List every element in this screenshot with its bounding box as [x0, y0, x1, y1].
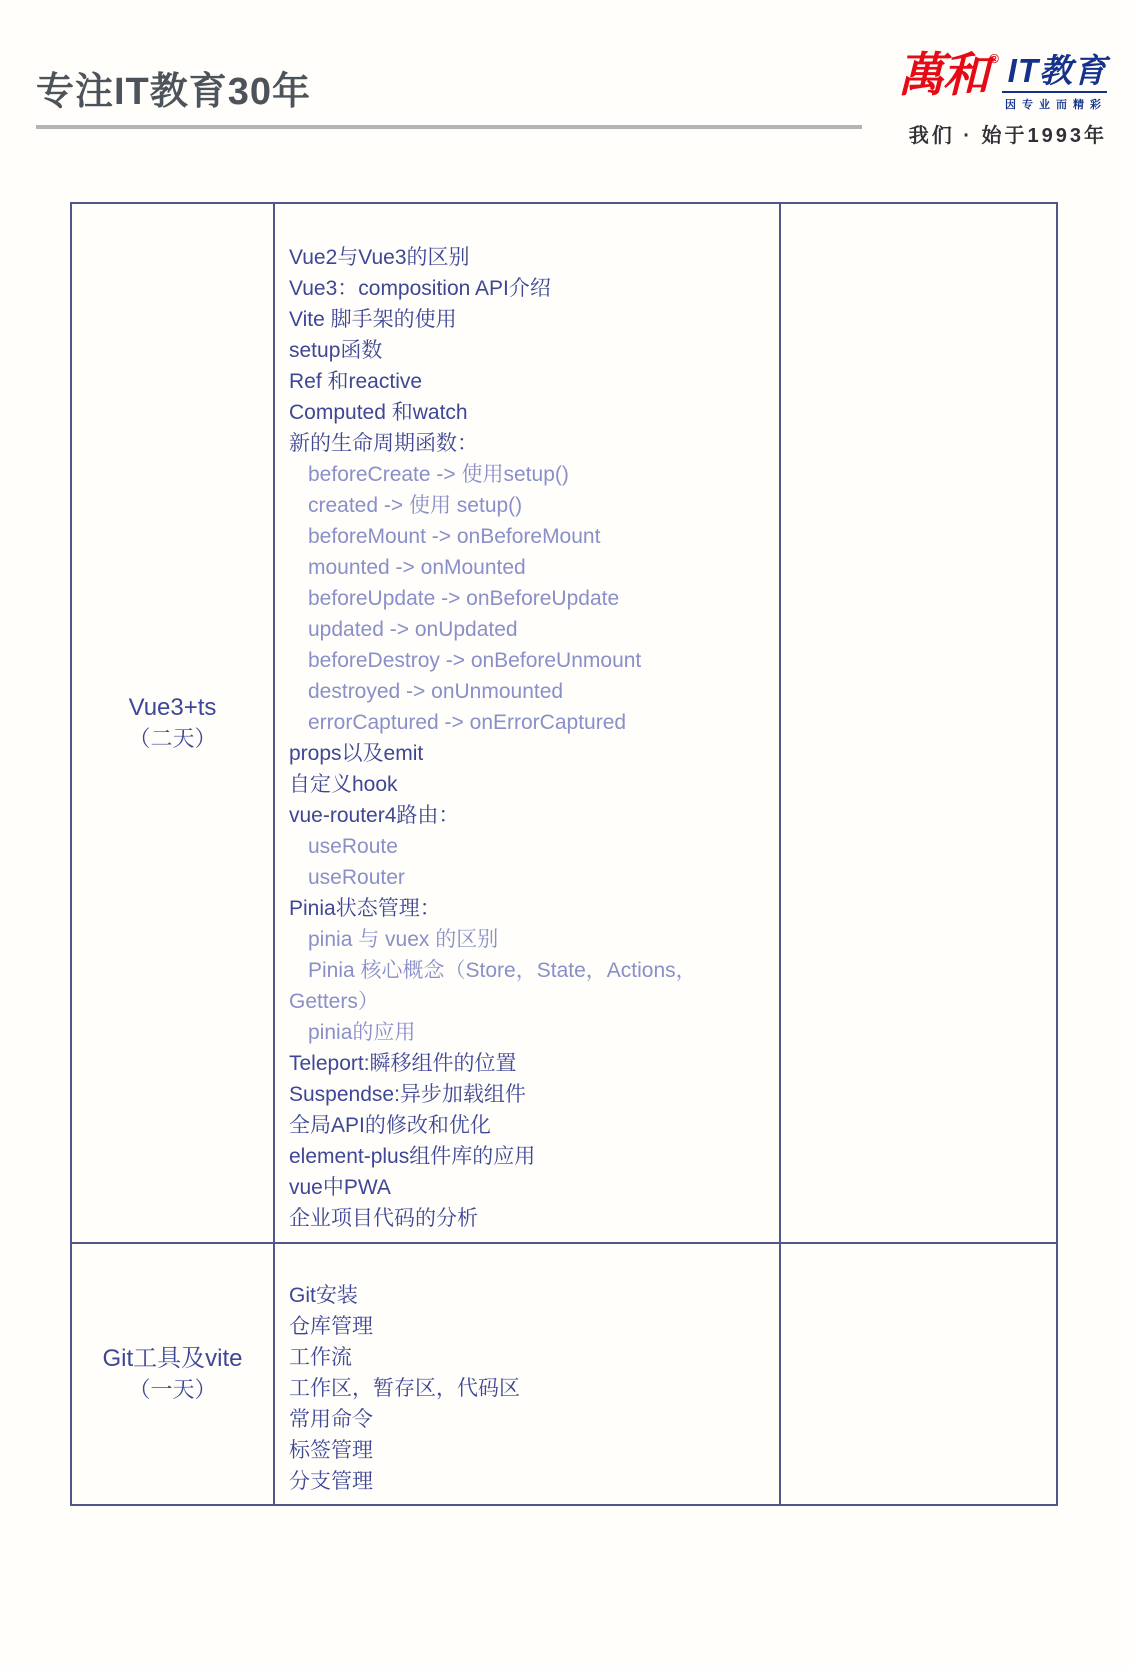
brand-logo-right: IT教育 因专业而精彩 [1002, 54, 1107, 112]
topic-line: mounted -> onMounted [289, 552, 771, 583]
course-row-vue3-ts: Vue3+ts （二天） Vue2与Vue3的区别Vue3：compositio… [72, 204, 1056, 1242]
topic-line: Pinia状态管理： [289, 893, 771, 924]
notes-cell [779, 204, 1056, 1242]
module-duration: （二天） [128, 724, 216, 754]
topic-line: 工作流 [289, 1342, 771, 1373]
topic-line: 分支管理 [289, 1466, 771, 1497]
topic-line: setup函数 [289, 335, 771, 366]
topics-cell: Git安装仓库管理工作流工作区，暂存区，代码区常用命令标签管理分支管理 [273, 1244, 779, 1504]
topic-line: useRouter [289, 862, 771, 893]
topic-line: pinia的应用 [289, 1017, 771, 1048]
topic-line: beforeCreate -> 使用setup() [289, 459, 771, 490]
topic-line: pinia 与 vuex 的区别 [289, 924, 771, 955]
topic-line: Git安装 [289, 1280, 771, 1311]
topic-line: vue中PWA [289, 1172, 771, 1203]
topic-line: 标签管理 [289, 1435, 771, 1466]
topic-line: Vite 脚手架的使用 [289, 304, 771, 335]
course-table: Vue3+ts （二天） Vue2与Vue3的区别Vue3：compositio… [70, 202, 1058, 1506]
brand-logo: 萬和 ® IT教育 因专业而精彩 我们 · 始于1993年 [897, 50, 1107, 148]
topic-line: beforeUpdate -> onBeforeUpdate [289, 583, 771, 614]
title-underline [36, 125, 862, 129]
module-name: Vue3+ts [129, 692, 217, 724]
topic-line: beforeDestroy -> onBeforeUnmount [289, 645, 771, 676]
topic-line: 工作区，暂存区，代码区 [289, 1373, 771, 1404]
brand-logo-it: IT教育 [1002, 54, 1107, 87]
brand-logo-top: 萬和 ® IT教育 因专业而精彩 [897, 50, 1107, 112]
topic-line: useRoute [289, 831, 771, 862]
topic-line: 仓库管理 [289, 1311, 771, 1342]
module-name: Git工具及vite [102, 1343, 242, 1375]
topic-line: 新的生命周期函数： [289, 428, 771, 459]
course-row-git-vite: Git工具及vite （一天） Git安装仓库管理工作流工作区，暂存区，代码区常… [72, 1242, 1056, 1504]
topic-line: 全局API的修改和优化 [289, 1110, 771, 1141]
registered-trademark-icon: ® [989, 52, 999, 65]
topics-cell: Vue2与Vue3的区别Vue3：composition API介绍Vite 脚… [273, 204, 779, 1242]
topic-line: element-plus组件库的应用 [289, 1141, 771, 1172]
topic-line: props以及emit [289, 738, 771, 769]
topic-line: created -> 使用 setup() [289, 490, 771, 521]
topic-line: Pinia 核心概念（Store，State，Actions， [289, 955, 771, 986]
brand-logo-script: 萬和 [897, 50, 987, 99]
module-cell: Git工具及vite （一天） [72, 1244, 273, 1504]
topic-line: destroyed -> onUnmounted [289, 676, 771, 707]
topic-line: 自定义hook [289, 769, 771, 800]
topic-line: errorCaptured -> onErrorCaptured [289, 707, 771, 738]
module-duration: （一天） [128, 1375, 216, 1405]
topic-line: Ref 和reactive [289, 366, 771, 397]
module-cell: Vue3+ts （二天） [72, 204, 273, 1242]
topic-line: beforeMount -> onBeforeMount [289, 521, 771, 552]
brand-slogan: 我们 · 始于1993年 [897, 119, 1107, 148]
topic-line: Vue2与Vue3的区别 [289, 242, 771, 273]
topic-line: Teleport:瞬移组件的位置 [289, 1048, 771, 1079]
page-title: 专注IT教育30年 [36, 72, 311, 114]
topic-line: updated -> onUpdated [289, 614, 771, 645]
topic-line: Computed 和watch [289, 397, 771, 428]
topic-line: 常用命令 [289, 1404, 771, 1435]
topic-line: Vue3：composition API介绍 [289, 273, 771, 304]
topic-line: Suspendse:异步加载组件 [289, 1079, 771, 1110]
topic-line: vue-router4路由： [289, 800, 771, 831]
topic-line: 企业项目代码的分析 [289, 1203, 771, 1234]
notes-cell [779, 1244, 1056, 1504]
topic-line: Getters） [289, 986, 771, 1017]
brand-tagline: 因专业而精彩 [1002, 91, 1107, 112]
document-page: 专注IT教育30年 萬和 ® IT教育 因专业而精彩 我们 · 始于1993年 … [0, 0, 1133, 1667]
